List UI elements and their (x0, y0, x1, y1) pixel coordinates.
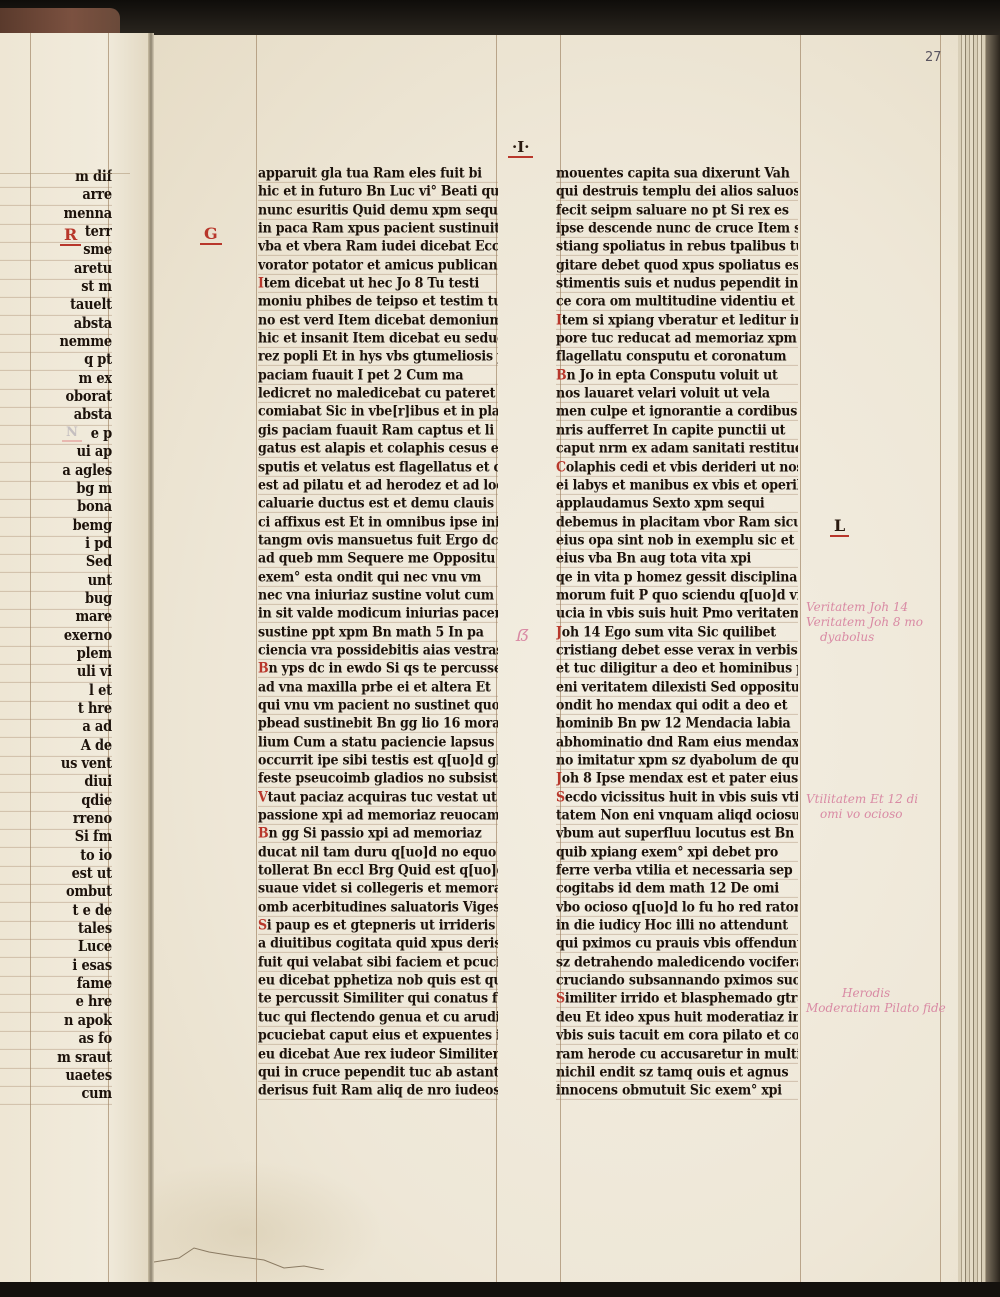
book-bottom-shadow (0, 1282, 1000, 1297)
page-edges (958, 35, 1000, 1285)
text-line: men culpe et ignorantie a cordibus (556, 401, 798, 422)
margin-mark-g: G (200, 224, 222, 245)
text-line: ombut (0, 883, 112, 904)
text-line: innocens obmutuit Sic exem° xpi (556, 1080, 798, 1101)
text-line: Bn gg Si passio xpi ad memoriaz (258, 823, 498, 844)
left-page-text-fragment: m difarremennaterrsmearetust mtaueltabst… (0, 170, 112, 1106)
text-line: Colaphis cedi et vbis derideri ut nos (556, 456, 798, 477)
text-line: debemus in placitam vbor Ram sicut (556, 511, 798, 532)
text-line: e hre (0, 993, 112, 1014)
text-line: a agles (0, 461, 112, 482)
book-top-shadow (0, 0, 1000, 36)
text-line: qui pximos cu prauis vbis offendunt (556, 933, 798, 954)
left-margin-mark-r: R (60, 225, 81, 246)
folio-number: 27 (925, 50, 942, 65)
text-line: gatus est alapis et colaphis cesus est c… (258, 438, 498, 459)
text-line: a diuitibus cogitata quid xpus derisus (258, 933, 498, 954)
text-line: ad queb mm Sequere me Oppositu (258, 548, 498, 569)
ruling-line (256, 35, 257, 1283)
ruling-line (800, 35, 801, 1283)
text-line: te percussit Similiter qui conatus fuit (258, 988, 498, 1009)
text-line: eius vba Bn aug tota vita xpi (556, 548, 798, 569)
text-line: hic et in futuro Bn Luc vi° Beati qui (258, 181, 498, 202)
text-line: q pt (0, 351, 112, 372)
running-head: ·I· (508, 138, 533, 158)
text-line: in sit valde modicum iniurias pacer (258, 603, 498, 624)
text-line: comiabat Sic in vbe[r]ibus et in pla (258, 401, 498, 422)
text-line: as fo (0, 1030, 112, 1051)
text-line: absta (0, 406, 112, 427)
marginal-note-veritatem: Veritatem Joh 14 Veritatem Joh 8 mo dyab… (806, 600, 923, 645)
text-line: ram herode cu accusaretur in multis (556, 1043, 798, 1064)
text-line: diui (0, 773, 112, 794)
text-line: Sed (0, 553, 112, 574)
torn-edge (154, 1240, 354, 1270)
text-line: feste pseucoimb gladios no subsistet (258, 768, 498, 789)
text-line: moniu phibes de teipso et testim tuu (258, 291, 498, 312)
text-line: cum (0, 1085, 112, 1106)
binding-leather-scrap (0, 8, 120, 36)
text-line: Luce (0, 938, 112, 959)
text-line: bemg (0, 516, 112, 537)
text-column-b: mouentes capita sua dixerunt Vahqui dest… (556, 165, 798, 1101)
ruling-line (940, 35, 941, 1283)
ruling-line (0, 173, 130, 174)
text-line: hominib Bn pw 12 Mendacia labia (556, 713, 798, 734)
text-line: caluarie ductus est et demu clauis cru (258, 493, 498, 514)
text-line: bona (0, 498, 112, 519)
text-line: sme (0, 241, 112, 262)
text-line: vbis suis tacuit em cora pilato et co (556, 1025, 798, 1046)
text-line: vba et vbera Ram iudei dicebat Ecce (258, 236, 498, 257)
text-line: tauelt (0, 296, 112, 317)
text-column-a: apparuit gla tua Ram eles fuit bihic et … (258, 165, 498, 1101)
text-line: qui destruis templu dei alios saluos (556, 181, 798, 202)
text-line: vbum aut superfluu locutus est Bn (556, 823, 798, 844)
text-line: ci affixus est Et in omnibus ipse iniury… (258, 511, 498, 532)
marginal-note-vtilitatem: Vtilitatem Et 12 di omi vo ocioso (806, 792, 918, 822)
text-line: arre (0, 186, 112, 207)
text-line: suaue videt si collegeris et memoraueris (258, 878, 498, 899)
text-line: pcuciebat caput eius et expuentes in (258, 1025, 498, 1046)
left-margin-mark-n: N (62, 425, 82, 442)
marginal-sign: ẞ (516, 628, 529, 643)
text-line: et tuc diligitur a deo et hominibus ppt … (556, 658, 798, 679)
text-line: a ad (0, 718, 112, 739)
text-line: derisus fuit Ram aliq de nro iudeos (258, 1080, 498, 1101)
text-line: sputis et velatus est flagellatus et con… (258, 456, 498, 477)
text-line: Si fm (0, 828, 112, 849)
margin-mark-l: L (830, 516, 849, 537)
text-line: uli vi (0, 663, 112, 684)
text-line: Bn yps dc in ewdo Si qs te percusserit (258, 658, 498, 679)
text-line: ucia in vbis suis huit Pmo veritatem (556, 603, 798, 624)
text-line: pbead sustinebit Bn gg lio 16 mora (258, 713, 498, 734)
text-line: cogitabs id dem math 12 De omi (556, 878, 798, 899)
text-line: rez popli Et in hys vbs gtumeliosis pp (258, 346, 498, 367)
text-line: ui ap (0, 443, 112, 464)
marginal-note-moderatiam: Herodis Moderatiam Pilato fide (806, 986, 946, 1016)
text-line: caput nrm ex adam sanitati restitueret (556, 438, 798, 459)
text-line: stiang spoliatus in rebus tpalibus tuc c… (556, 236, 798, 257)
text-line: applaudamus Sexto xpm sequi (556, 493, 798, 514)
text-line: ce cora om multitudine videntiu et mlier… (556, 291, 798, 312)
text-line: Joh 8 Ipse mendax est et pater eius (556, 768, 798, 789)
text-line: eu dicebat Aue rex iudeor Similiter (258, 1043, 498, 1064)
text-line: flagellatu consputu et coronatum (556, 346, 798, 367)
text-line: m sraut (0, 1048, 112, 1069)
text-line: mare (0, 608, 112, 629)
text-line: Similiter irrido et blasphemado gtra (556, 988, 798, 1009)
